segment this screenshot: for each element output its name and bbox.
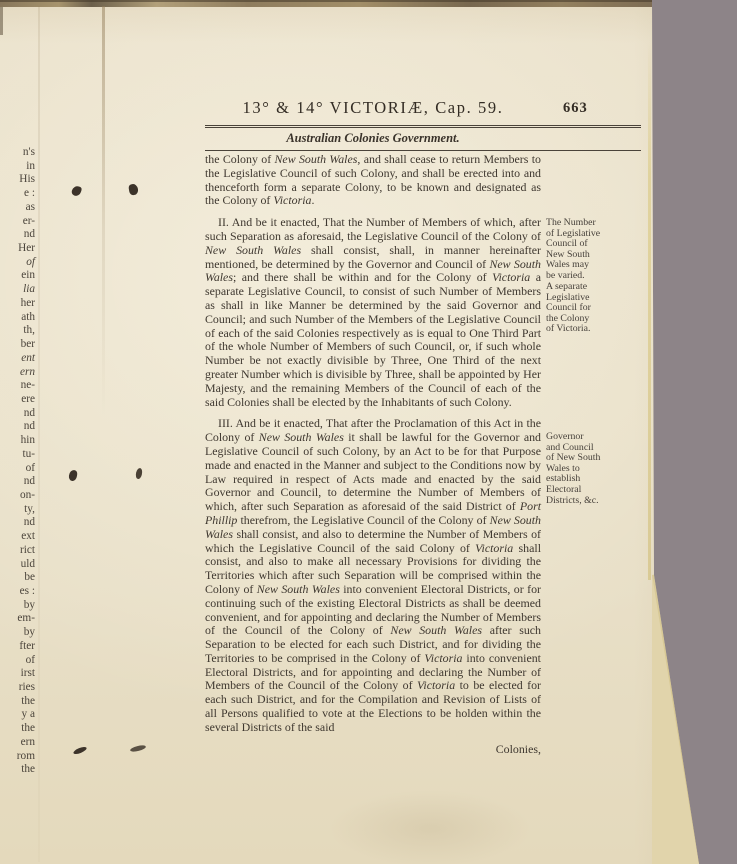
left-edge-text-fragment: em-: [0, 612, 35, 626]
left-edge-text-fragment: hin: [0, 434, 35, 448]
left-edge-text-fragment: on-: [0, 489, 35, 503]
left-edge-text-fragment: rom: [0, 750, 35, 764]
margin-note: The Number of Legislative Council of New…: [546, 218, 640, 282]
left-edge-shadow: [0, 7, 3, 35]
margin-note: Governor and Council of New South Wales …: [546, 432, 640, 506]
left-edge-text-fragment: of: [0, 256, 35, 270]
left-edge-text-fragment: th,: [0, 324, 35, 338]
left-edge-text-fragment: nd: [0, 420, 35, 434]
scanned-act-page: n'sinHise :aser-ndHerofeinliaherathth,be…: [0, 0, 737, 864]
ink-speck: [71, 185, 83, 197]
left-edge-text-fragment: er-: [0, 215, 35, 229]
left-edge-text-fragment: e :: [0, 187, 35, 201]
left-edge-text-fragment: nd: [0, 228, 35, 242]
left-edge-text-fragment: n's: [0, 146, 35, 160]
ink-speck: [130, 744, 147, 753]
left-edge-text-fragment: ty,: [0, 503, 35, 517]
margin-note: A separate Legislative Council for the C…: [546, 282, 640, 335]
paper-sheet: n'sinHise :aser-ndHerofeinliaherathth,be…: [0, 0, 737, 864]
page-number: 663: [563, 100, 588, 117]
left-edge-text-fragment: y a: [0, 708, 35, 722]
left-edge-text-fragment: the: [0, 695, 35, 709]
act-body-text: the Colony of New South Wales, and shall…: [205, 153, 541, 764]
ink-speck: [68, 469, 77, 481]
left-edge-text-fragment: lia: [0, 283, 35, 297]
left-edge-text-fragment: His: [0, 173, 35, 187]
ink-speck: [135, 467, 143, 479]
left-edge-text-fragment: es :: [0, 585, 35, 599]
left-edge-text-fragment: ere: [0, 393, 35, 407]
ink-speck: [73, 746, 88, 756]
left-edge-text-fragment: as: [0, 201, 35, 215]
page-top-edge: [0, 0, 653, 7]
left-edge-text-fragment: nd: [0, 407, 35, 421]
left-edge-text-fragment: ern: [0, 736, 35, 750]
act-header-title: 13° & 14° VICTORIÆ, Cap. 59.: [205, 98, 541, 118]
left-edge-text-fragment: uld: [0, 558, 35, 572]
left-edge-text-fragment: in: [0, 160, 35, 174]
facing-page-text-fragments: n'sinHise :aser-ndHerofeinliaherathth,be…: [0, 146, 35, 777]
left-edge-text-fragment: by: [0, 626, 35, 640]
left-edge-text-fragment: nd: [0, 475, 35, 489]
left-edge-text-fragment: ein: [0, 269, 35, 283]
left-edge-text-fragment: ern: [0, 366, 35, 380]
left-edge-text-fragment: Her: [0, 242, 35, 256]
left-edge-text-fragment: fter: [0, 640, 35, 654]
ink-speck: [128, 183, 139, 195]
left-edge-text-fragment: ath: [0, 311, 35, 325]
left-edge-text-fragment: of: [0, 462, 35, 476]
running-title: Australian Colonies Government.: [205, 131, 541, 146]
left-edge-text-fragment: ent: [0, 352, 35, 366]
left-edge-text-fragment: tu-: [0, 448, 35, 462]
page-edge-highlight: [648, 40, 651, 580]
left-edge-text-fragment: by: [0, 599, 35, 613]
left-edge-text-fragment: nd: [0, 516, 35, 530]
left-edge-text-fragment: be: [0, 571, 35, 585]
left-edge-text-fragment: irst: [0, 667, 35, 681]
left-edge-text-fragment: ber: [0, 338, 35, 352]
single-rule: [205, 150, 641, 151]
left-edge-text-fragment: the: [0, 722, 35, 736]
left-edge-text-fragment: ries: [0, 681, 35, 695]
act-paragraph-continuation: the Colony of New South Wales, and shall…: [205, 153, 541, 208]
left-edge-text-fragment: rict: [0, 544, 35, 558]
double-rule: [205, 125, 641, 128]
act-paragraph-section-3: III. And be it enacted, That after the P…: [205, 417, 541, 734]
catchword: Colonies,: [205, 743, 541, 757]
left-edge-text-fragment: her: [0, 297, 35, 311]
left-edge-text-fragment: ext: [0, 530, 35, 544]
act-paragraph-section-2: II. And be it enacted, That the Number o…: [205, 216, 541, 409]
left-edge-text-fragment: ne-: [0, 379, 35, 393]
paper-stain: [290, 775, 570, 864]
left-edge-text-fragment: of: [0, 654, 35, 668]
facing-leaf-edge: [38, 6, 40, 862]
left-edge-text-fragment: the: [0, 763, 35, 777]
gutter-crease: [102, 6, 105, 416]
